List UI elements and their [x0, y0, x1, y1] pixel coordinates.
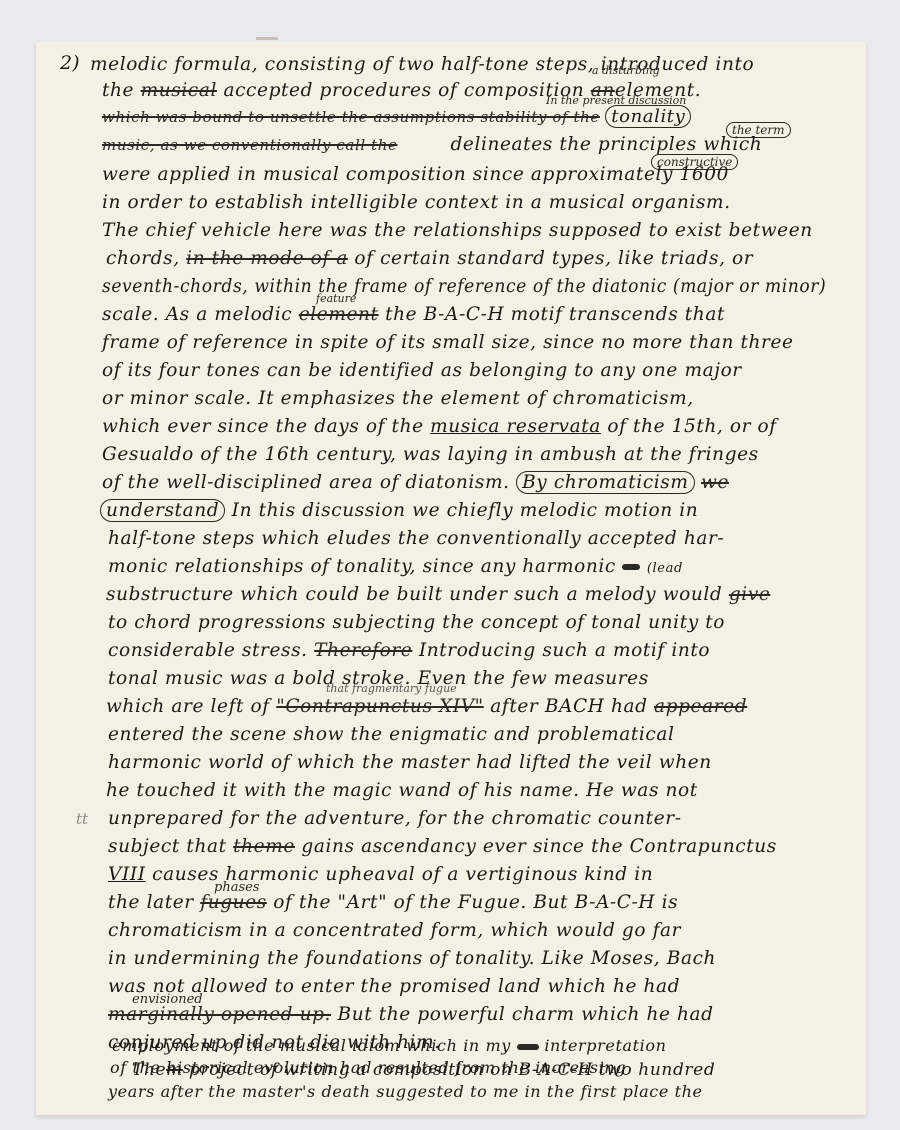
struck-text: fugues	[200, 892, 267, 913]
manuscript-page: 2) tt melodic formula, consisting of two…	[36, 42, 866, 1115]
text-line: understand In this discussion we chiefly…	[100, 500, 698, 521]
text-line: unprepared for the adventure, for the ch…	[108, 808, 682, 829]
struck-text: "Contrapunctus XIV"	[276, 696, 484, 717]
line-text: considerable stress.	[108, 640, 308, 661]
text-line: to chord progressions subjecting the con…	[108, 612, 725, 633]
line-text: substructure which could be built under …	[106, 584, 722, 605]
struck-text: we	[701, 472, 729, 493]
line-text: the later	[108, 892, 194, 913]
line-text: the	[102, 80, 134, 101]
text-line: The chief vehicle here was the relations…	[102, 220, 813, 241]
struck-text: musical	[141, 80, 217, 101]
line-text: were applied in	[102, 164, 257, 185]
line-text: of the historical evolution had resulted…	[110, 1058, 626, 1077]
line-text: (lead	[647, 561, 683, 576]
text-line: he touched it with the magic wand of his…	[106, 780, 698, 801]
line-text: interpretation	[544, 1036, 666, 1055]
text-line: chromaticism in a concentrated form, whi…	[108, 920, 681, 941]
struck-text: in the mode of a	[186, 248, 348, 269]
margin-note: tt	[76, 810, 88, 828]
text-line: were applied in musical composition sinc…	[102, 164, 729, 185]
line-text: Introducing such a motif into	[419, 640, 710, 661]
insertion: that fragmentary fugue	[326, 682, 457, 695]
paper-mark	[256, 37, 278, 40]
text-line: substructure which could be built under …	[106, 584, 770, 605]
line-text: in order to establish intelligible conte…	[102, 192, 731, 213]
line-text: chiefly melodic motion in	[447, 500, 699, 521]
text-line: harmonic world of which the master had l…	[108, 752, 712, 773]
text-line: scale. As a melodic element the B-A-C-H …	[102, 304, 725, 325]
text-line: in order to establish intelligible conte…	[102, 192, 731, 213]
text-line: or minor scale. It emphasizes the elemen…	[102, 388, 694, 409]
text-line: years after the master's death suggested…	[108, 1082, 703, 1101]
line-text: accepted procedures of composition	[223, 80, 584, 101]
line-text: of the well-disciplined area of diatonis…	[102, 472, 510, 493]
line-text: which are left of	[106, 696, 270, 717]
line-text: in undermining the foundations of tonali…	[108, 948, 716, 969]
text-line: in undermining the foundations of tonali…	[108, 948, 716, 969]
text-line: subject that theme gains ascendancy ever…	[108, 836, 777, 857]
line-text: of the 15th, or of	[607, 416, 776, 437]
text-line: employment of the musical idiom which in…	[112, 1036, 667, 1055]
line-text: In this discussion we	[232, 500, 441, 521]
line-text: The chief vehicle here was the relations…	[102, 220, 813, 241]
line-text: after BACH had	[490, 696, 647, 717]
line-text: musical composition since approximately …	[263, 164, 729, 185]
circled-word: tonality	[605, 105, 691, 128]
struck-text: theme	[233, 836, 295, 857]
underlined-text: musica reservata	[430, 416, 601, 437]
line-text: seventh-chords, within the frame of refe…	[102, 276, 826, 297]
circled-word: By chromaticism	[516, 471, 694, 494]
text-line: of its four tones can be identified as b…	[102, 360, 742, 381]
text-line: Gesualdo of the 16th century, was laying…	[102, 444, 759, 465]
line-text: he touched it with the magic wand of his…	[106, 780, 698, 801]
text-line: which ever since the days of the musica …	[102, 416, 777, 437]
line-text: of its four tones can be identified as b…	[102, 360, 742, 381]
text-line: of the well-disciplined area of diatonis…	[102, 472, 729, 493]
line-text: of certain standard types, like triads, …	[354, 248, 753, 269]
text-line: which are left of "Contrapunctus XIV" af…	[106, 696, 747, 717]
struck-text: Therefore	[314, 640, 412, 661]
line-text: frame of reference in spite of its small…	[102, 332, 794, 353]
text-line: the later fugues of the "Art" of the Fug…	[108, 892, 678, 913]
text-line: half-tone steps which eludes the convent…	[108, 528, 724, 549]
line-text: half-tone steps which eludes the convent…	[108, 528, 724, 549]
text-line: music, as we conventionally call the del…	[102, 134, 762, 155]
text-line: entered the scene show the enigmatic and…	[108, 724, 675, 745]
line-text: employment of the musical idiom which in…	[112, 1036, 511, 1055]
line-text: gains ascendancy ever since the Contrapu…	[301, 836, 776, 857]
line-text: to chord progressions subjecting the con…	[108, 612, 725, 633]
text-line: VIII causes harmonic upheaval of a verti…	[108, 864, 653, 885]
line-text: years after the master's death suggested…	[108, 1082, 703, 1101]
struck-text: give	[729, 584, 771, 605]
page-number: 2)	[60, 52, 80, 74]
line-text: the B-A-C-H motif transcends that	[385, 304, 725, 325]
struck-text: music, as we conventionally call the	[102, 136, 397, 154]
text-line: seventh-chords, within the frame of refe…	[102, 276, 826, 297]
line-text: chromaticism in a concentrated form, whi…	[108, 920, 681, 941]
line-text: chords,	[106, 248, 180, 269]
line-text: delineates the principles which	[450, 134, 762, 155]
text-line: chords, in the mode of a of certain stan…	[106, 248, 753, 269]
text-line: monic relationships of tonality, since a…	[108, 556, 683, 577]
struck-text: appeared	[654, 696, 747, 717]
text-line: which was bound to unsettle the assumpti…	[102, 106, 691, 127]
line-text: scale. As a melodic	[102, 304, 292, 325]
line-text: entered the scene show the enigmatic and…	[108, 724, 675, 745]
line-text: harmonic world of which the master had l…	[108, 752, 712, 773]
line-text: Gesualdo of the 16th century, was laying…	[102, 444, 759, 465]
line-text: of the "Art" of the Fugue. But B-A-C-H i…	[273, 892, 678, 913]
text-line: considerable stress. Therefore Introduci…	[108, 640, 710, 661]
line-text: which ever since the days of the	[102, 416, 424, 437]
insertion: a disturbing	[592, 64, 660, 77]
line-text: monic relationships of tonality, since a…	[108, 556, 616, 577]
text-line: marginally opened up. But the powerful c…	[108, 1004, 714, 1025]
circled-word: the term	[726, 122, 791, 138]
line-text: But the powerful charm which he had	[338, 1004, 714, 1025]
struck-text: which was bound to unsettle the assumpti…	[102, 108, 600, 126]
underlined-text: VIII	[108, 864, 146, 885]
struck-text: element	[299, 304, 379, 325]
text-line: frame of reference in spite of its small…	[102, 332, 794, 353]
struck-text: marginally opened up.	[108, 1004, 331, 1025]
text-line: of the historical evolution had resulted…	[110, 1058, 626, 1077]
circled-word: understand	[100, 499, 225, 522]
line-text: subject that	[108, 836, 227, 857]
line-text: or minor scale. It emphasizes the elemen…	[102, 388, 694, 409]
line-text: unprepared for the adventure, for the ch…	[108, 808, 682, 829]
